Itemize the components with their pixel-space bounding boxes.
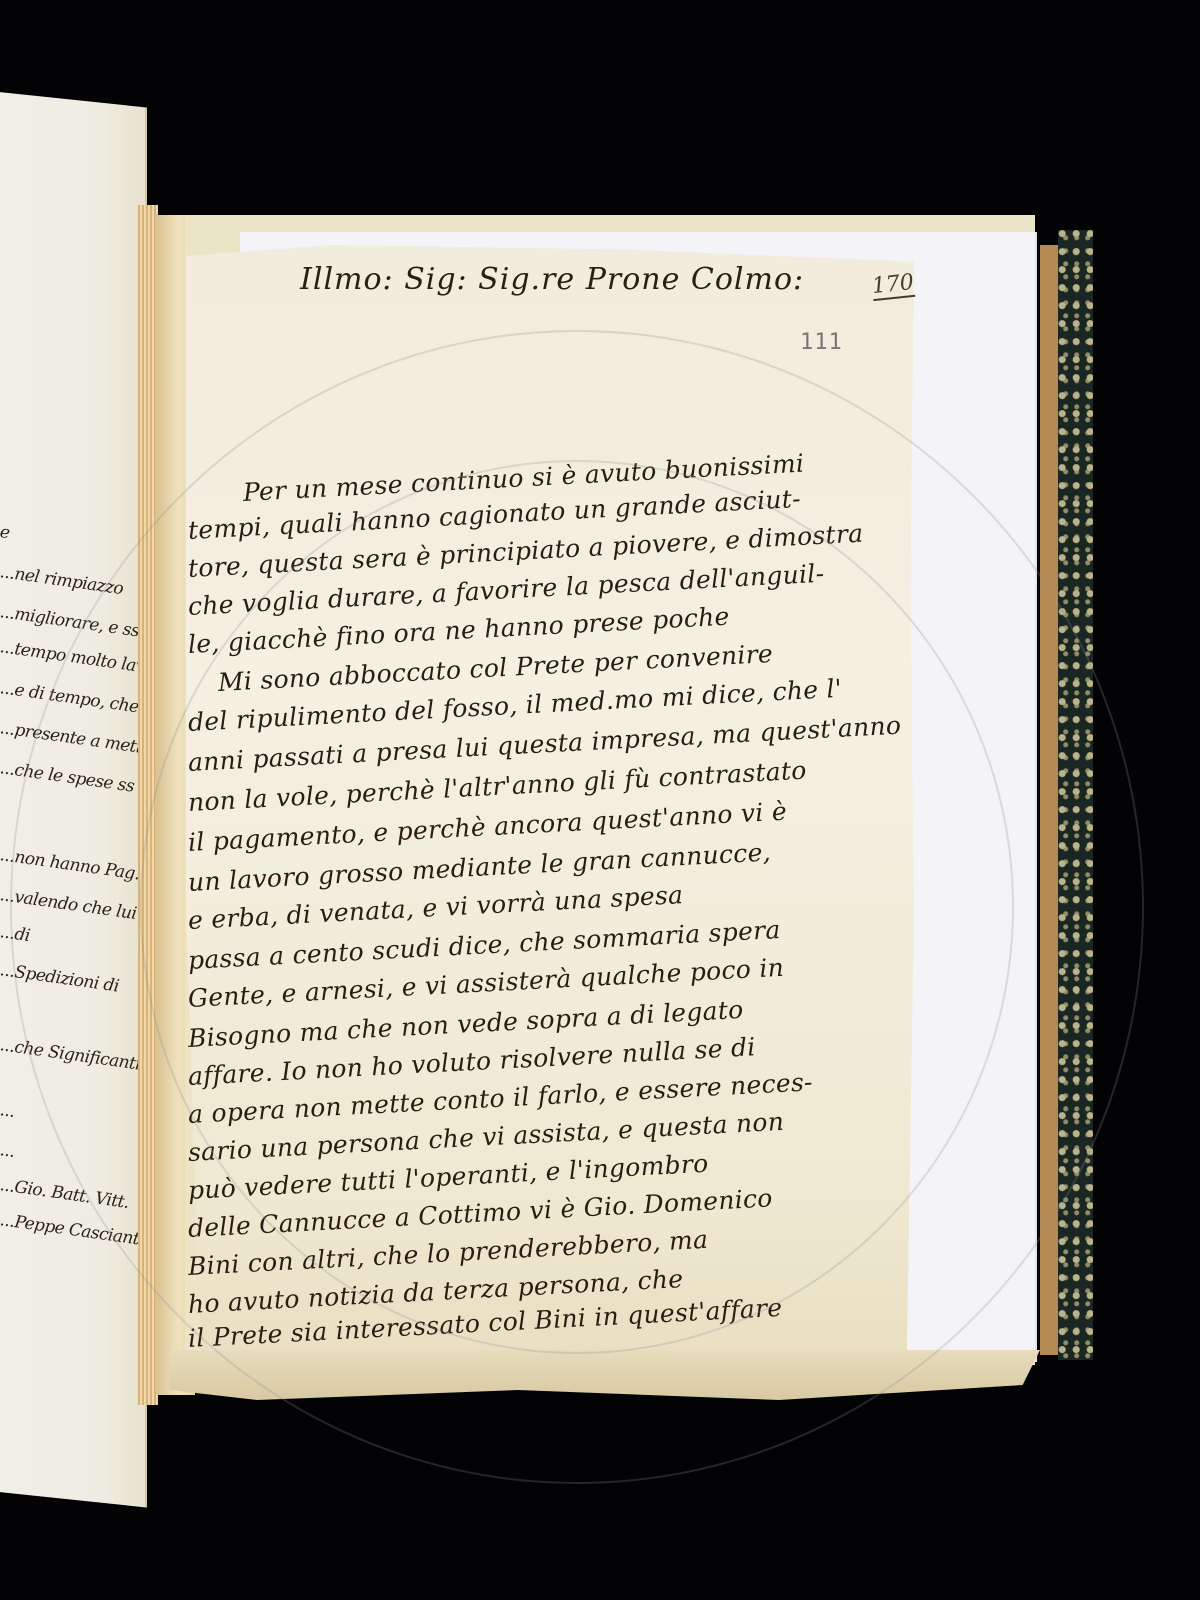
marginalia-line: ...di — [0, 922, 31, 946]
marginalia-line: ... — [0, 1140, 16, 1162]
pencil-mark: 111 — [800, 330, 843, 355]
letter-bottom-strip — [170, 1350, 1040, 1400]
left-page — [0, 90, 147, 1508]
letter-heading: Illmo: Sig: Sig.re Prone Colmo: — [300, 262, 804, 297]
binding-strip — [1040, 245, 1058, 1355]
marbled-cover — [1058, 230, 1093, 1360]
marginalia-line: ... — [0, 1100, 16, 1122]
folio-number: 170 — [871, 270, 916, 301]
